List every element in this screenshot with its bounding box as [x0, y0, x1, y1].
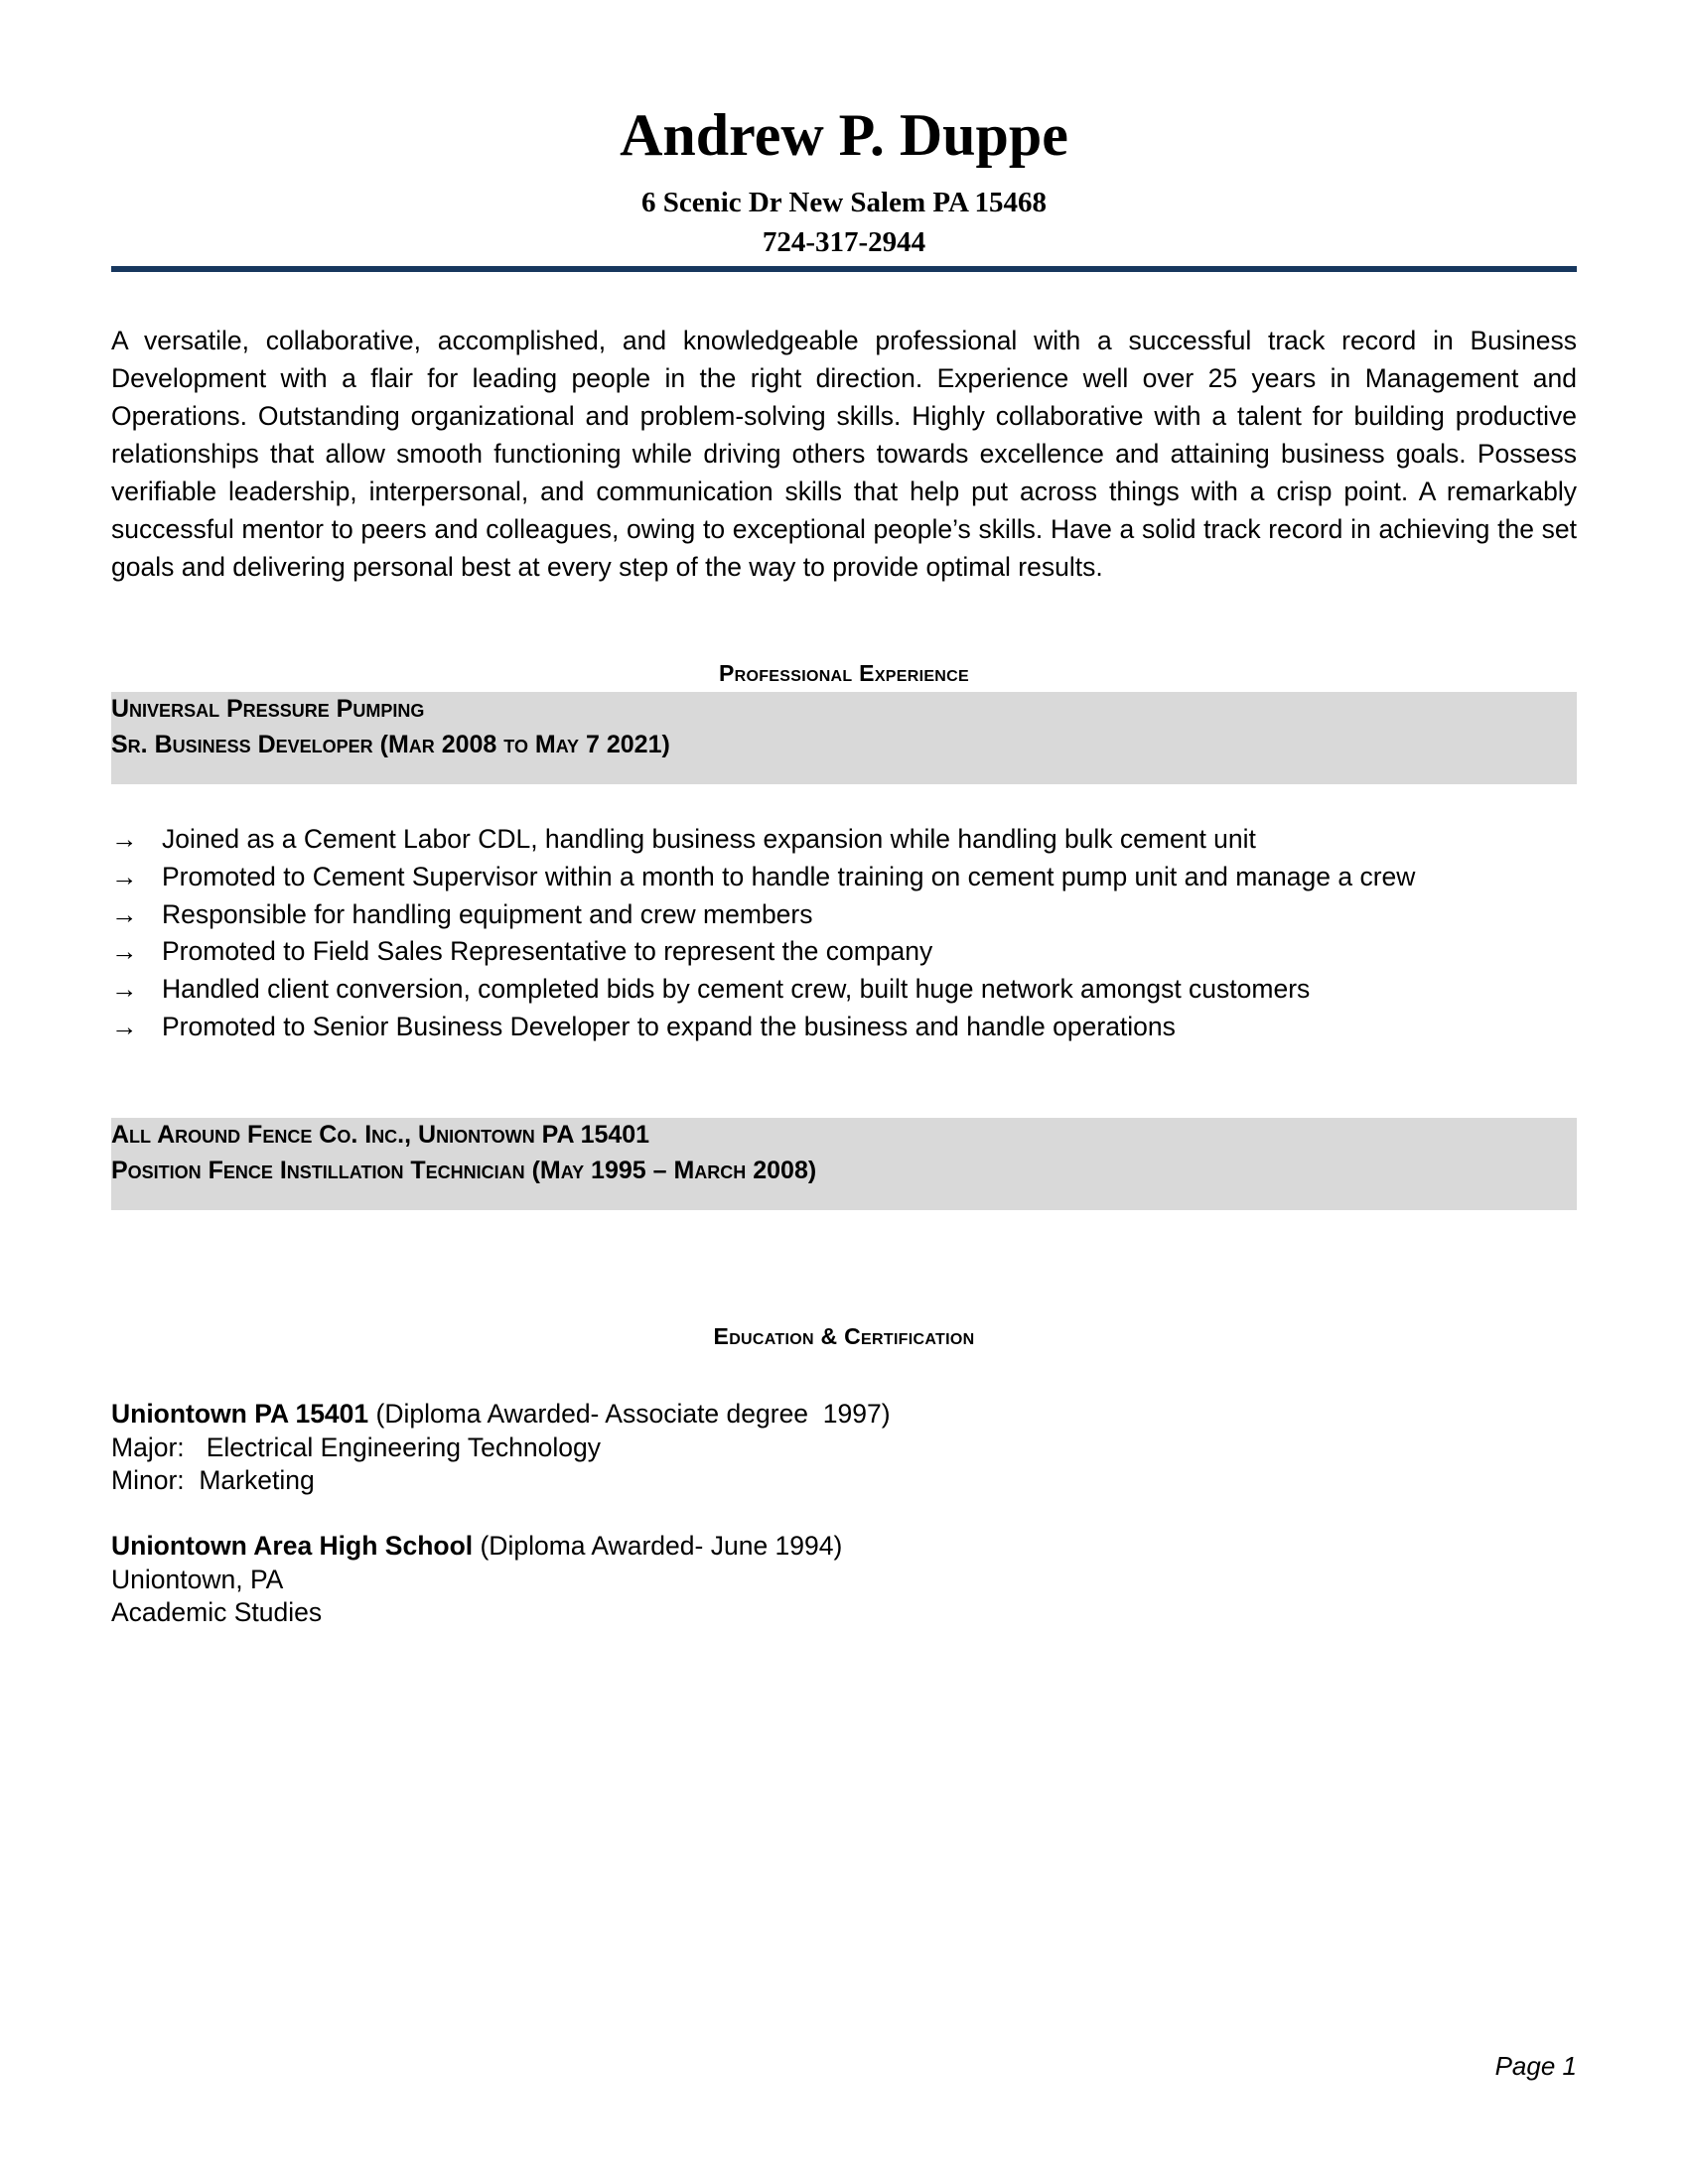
candidate-name: Andrew P. Duppe	[0, 99, 1688, 171]
list-item: →Handled client conversion, completed bi…	[111, 970, 1577, 1008]
education-location: Uniontown, PA	[111, 1564, 1577, 1597]
job-header-universal-pressure-pumping: Universal Pressure Pumping Sr. Business …	[111, 692, 1577, 784]
education-entry-high-school: Uniontown Area High School (Diploma Awar…	[111, 1530, 1577, 1630]
job-title: Position Fence Instillation Technician (…	[111, 1156, 816, 1185]
right-arrow-icon: →	[111, 1008, 151, 1045]
job-bullet-list: →Joined as a Cement Labor CDL, handling …	[111, 820, 1577, 1045]
degree-detail: (Diploma Awarded- Associate degree 1997)	[368, 1399, 890, 1429]
right-arrow-icon: →	[111, 820, 151, 858]
page-number: Page 1	[1495, 2051, 1577, 2082]
right-arrow-icon: →	[111, 858, 151, 895]
degree-detail: (Diploma Awarded- June 1994)	[473, 1531, 842, 1561]
candidate-address: 6 Scenic Dr New Salem PA 15468	[0, 186, 1688, 219]
education-field: Academic Studies	[111, 1596, 1577, 1630]
education-minor: Minor: Marketing	[111, 1464, 1577, 1498]
right-arrow-icon: →	[111, 895, 151, 933]
list-item: →Promoted to Field Sales Representative …	[111, 932, 1577, 970]
school-name: Uniontown Area High School	[111, 1531, 473, 1561]
job-header-all-around-fence: All Around Fence Co. Inc., Uniontown PA …	[111, 1118, 1577, 1210]
list-item: →Joined as a Cement Labor CDL, handling …	[111, 820, 1577, 858]
resume-page: Andrew P. Duppe 6 Scenic Dr New Salem PA…	[0, 0, 1688, 2184]
professional-summary: A versatile, collaborative, accomplished…	[111, 322, 1577, 586]
job-company: All Around Fence Co. Inc., Uniontown PA …	[111, 1120, 649, 1150]
education-major: Major: Electrical Engineering Technology	[111, 1432, 1577, 1465]
school-name: Uniontown PA 15401	[111, 1399, 368, 1429]
list-item: →Responsible for handling equipment and …	[111, 895, 1577, 933]
candidate-phone: 724-317-2944	[0, 225, 1688, 259]
list-item: →Promoted to Cement Supervisor within a …	[111, 858, 1577, 895]
section-heading-experience: Professional Experience	[0, 660, 1688, 687]
job-title: Sr. Business Developer (Mar 2008 to May …	[111, 730, 670, 759]
list-item: →Promoted to Senior Business Developer t…	[111, 1008, 1577, 1045]
right-arrow-icon: →	[111, 970, 151, 1008]
job-company: Universal Pressure Pumping	[111, 694, 424, 724]
right-arrow-icon: →	[111, 932, 151, 970]
header-divider	[111, 266, 1577, 272]
section-heading-education: Education & Certification	[0, 1323, 1688, 1350]
education-entry-associate: Uniontown PA 15401 (Diploma Awarded- Ass…	[111, 1398, 1577, 1498]
